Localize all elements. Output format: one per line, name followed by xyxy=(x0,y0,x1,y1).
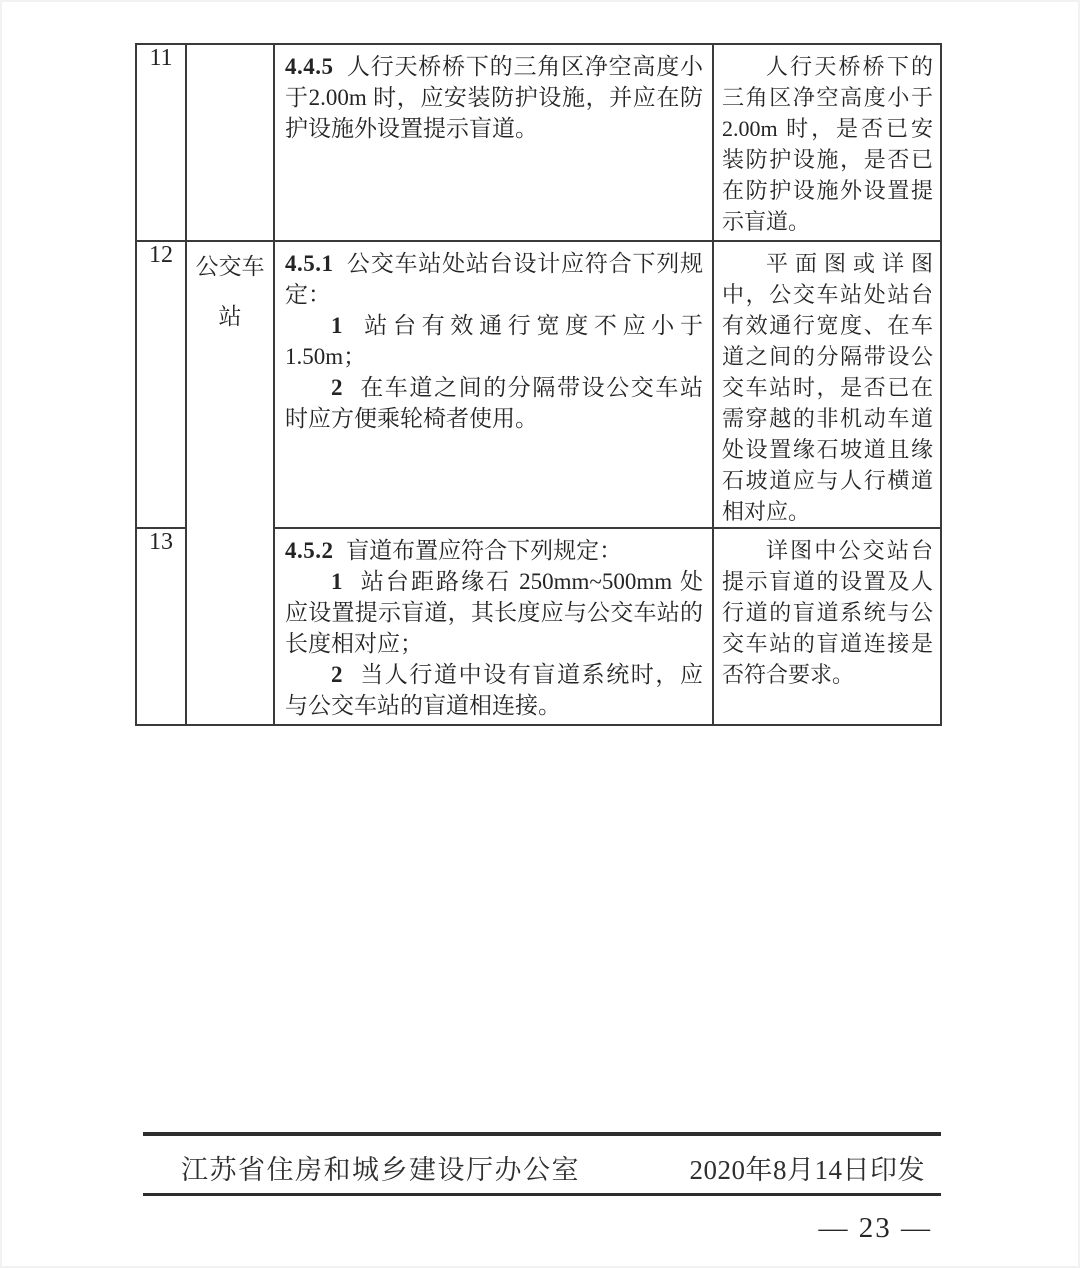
review-paragraph: 详图中公交站台提示盲道的设置及人行道的盲道系统与公交车站的盲道连接是否符合要求。 xyxy=(722,535,933,690)
item-text: 站台距路缘石 250mm~500mm 处应设置提示盲道，其长度应与公交车站的长度… xyxy=(285,569,703,656)
table-row: 12 公交车站 4.5.1公交车站处站台设计应符合下列规定： 1站台有效通行宽度… xyxy=(136,241,941,528)
category-cell-empty xyxy=(186,44,274,241)
row-number: 13 xyxy=(149,529,173,555)
footer-row: 江苏省住房和城乡建设厅办公室 2020年8月14日印发 xyxy=(143,1146,941,1188)
clause-item: 2在车道之间的分隔带设公交车站时应方便乘轮椅者使用。 xyxy=(285,372,703,434)
item-text: 站台有效通行宽度不应小于1.50m； xyxy=(285,313,703,369)
category-cell-bus-stop: 公交车站 xyxy=(186,241,274,725)
clause-paragraph: 4.4.5人行天桥桥下的三角区净空高度小于2.00m 时，应安装防护设施，并应在… xyxy=(285,51,703,144)
item-number: 1 xyxy=(331,313,343,338)
clause-item: 1站台有效通行宽度不应小于1.50m； xyxy=(285,310,703,372)
review-cell: 平面图或详图中，公交车站处站台有效通行宽度、在车道之间的分隔带设公交车站时，是否… xyxy=(713,241,941,528)
row-number-cell: 13 xyxy=(136,528,186,725)
clause-cell: 4.5.2盲道布置应符合下列规定： 1站台距路缘石 250mm~500mm 处应… xyxy=(274,528,713,725)
row-number: 12 xyxy=(149,242,173,268)
accessibility-checklist-table: 11 4.4.5人行天桥桥下的三角区净空高度小于2.00m 时，应安装防护设施，… xyxy=(135,43,942,726)
review-paragraph: 平面图或详图中，公交车站处站台有效通行宽度、在车道之间的分隔带设公交车站时，是否… xyxy=(722,248,933,527)
review-cell: 详图中公交站台提示盲道的设置及人行道的盲道系统与公交车站的盲道连接是否符合要求。 xyxy=(713,528,941,725)
item-text: 当人行道中设有盲道系统时，应与公交车站的盲道相连接。 xyxy=(285,662,703,718)
item-number: 2 xyxy=(331,375,343,400)
clause-text: 公交车站处站台设计应符合下列规定： xyxy=(285,251,703,307)
row-number-cell: 12 xyxy=(136,241,186,528)
clause-item: 1站台距路缘石 250mm~500mm 处应设置提示盲道，其长度应与公交车站的长… xyxy=(285,566,703,659)
clause-paragraph: 4.5.1公交车站处站台设计应符合下列规定： xyxy=(285,248,703,310)
document-page: 11 4.4.5人行天桥桥下的三角区净空高度小于2.00m 时，应安装防护设施，… xyxy=(0,0,1080,1268)
clause-number: 4.5.2 xyxy=(285,538,334,563)
item-text: 在车道之间的分隔带设公交车站时应方便乘轮椅者使用。 xyxy=(285,375,703,431)
item-number: 2 xyxy=(331,662,343,687)
item-number: 1 xyxy=(331,569,343,594)
row-number: 11 xyxy=(149,45,172,71)
clause-paragraph: 4.5.2盲道布置应符合下列规定： xyxy=(285,535,703,566)
table-row: 11 4.4.5人行天桥桥下的三角区净空高度小于2.00m 时，应安装防护设施，… xyxy=(136,44,941,241)
page-number: — 23 — xyxy=(819,1212,933,1245)
clause-item: 2当人行道中设有盲道系统时，应与公交车站的盲道相连接。 xyxy=(285,659,703,721)
footer-rule-top xyxy=(143,1132,941,1136)
issuing-office: 江苏省住房和城乡建设厅办公室 xyxy=(143,1148,580,1187)
row-number-cell: 11 xyxy=(136,44,186,241)
clause-number: 4.4.5 xyxy=(285,54,334,79)
clause-number: 4.5.1 xyxy=(285,251,334,276)
print-date: 2020年8月14日印发 xyxy=(690,1148,942,1187)
clause-text: 人行天桥桥下的三角区净空高度小于2.00m 时，应安装防护设施，并应在防护设施外… xyxy=(285,54,703,141)
clause-cell: 4.4.5人行天桥桥下的三角区净空高度小于2.00m 时，应安装防护设施，并应在… xyxy=(274,44,713,241)
clause-text: 盲道布置应符合下列规定： xyxy=(346,538,622,563)
review-paragraph: 人行天桥桥下的三角区净空高度小于2.00m 时，是否已安装防护设施，是否已在防护… xyxy=(722,51,933,237)
footer-rule-bottom xyxy=(143,1193,941,1196)
clause-cell: 4.5.1公交车站处站台设计应符合下列规定： 1站台有效通行宽度不应小于1.50… xyxy=(274,241,713,528)
review-cell: 人行天桥桥下的三角区净空高度小于2.00m 时，是否已安装防护设施，是否已在防护… xyxy=(713,44,941,241)
category-label: 公交车站 xyxy=(196,254,265,329)
